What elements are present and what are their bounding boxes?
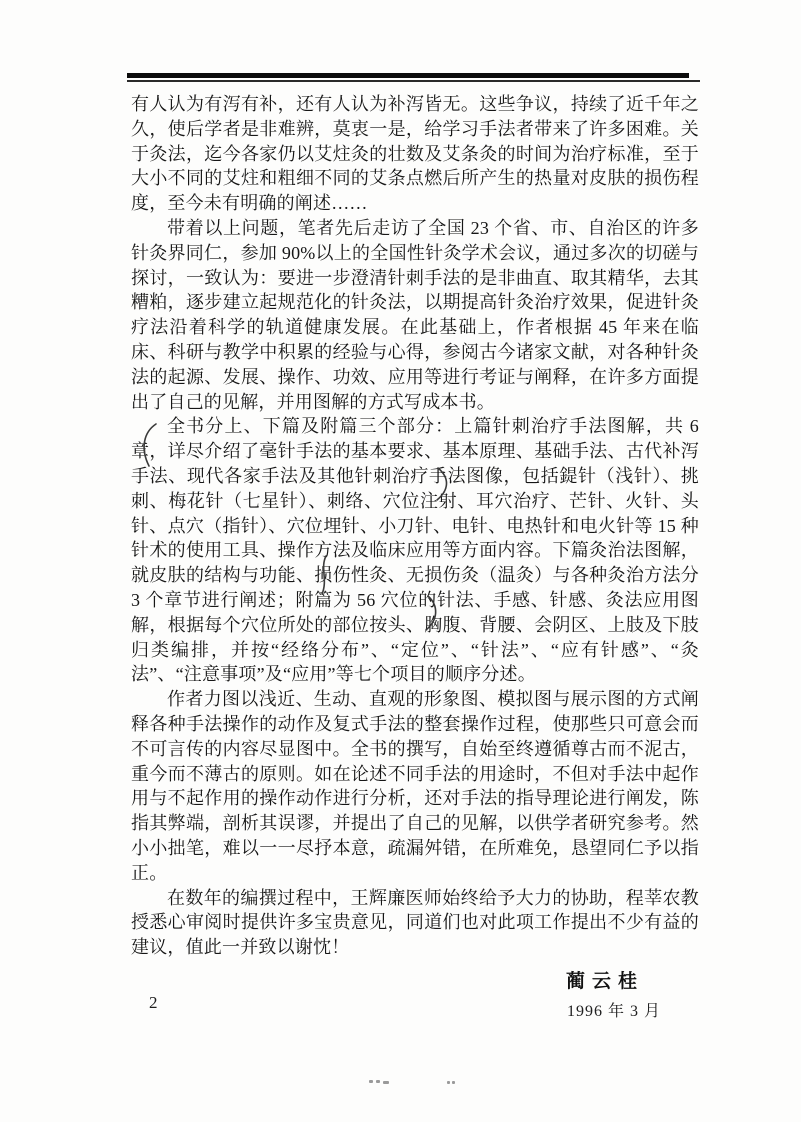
rule-thin-line xyxy=(127,80,700,82)
preface-paragraph-1: 有人认为有泻有补，还有人认为补泻皆无。这些争议，持续了近千年之久，使后学者是非难… xyxy=(131,92,699,216)
scan-speck xyxy=(376,1080,380,1083)
page-number: 2 xyxy=(149,993,158,1013)
scanned-book-page: 有人认为有泻有补，还有人认为补泻皆无。这些争议，持续了近千年之久，使后学者是非难… xyxy=(0,0,801,1122)
author-signature: 蔺云桂 xyxy=(131,970,699,995)
rule-thick-line xyxy=(127,73,689,78)
scan-speck xyxy=(452,1081,455,1084)
preface-date: 1996 年 3 月 xyxy=(131,1000,699,1025)
preface-paragraph-3: 全书分上、下篇及附篇三个部分：上篇针刺治疗手法图解，共 6 章，详尽介绍了毫针手… xyxy=(131,414,699,687)
scan-speck xyxy=(447,1081,450,1084)
preface-paragraph-5: 在数年的编撰过程中，王辉廉医师始终给予大力的协助，程莘农教授悉心审阅时提供许多宝… xyxy=(131,886,699,960)
scan-speck xyxy=(383,1081,389,1084)
scan-speck xyxy=(369,1080,373,1083)
page-top-rule xyxy=(127,73,700,82)
preface-paragraph-2: 带着以上问题，笔者先后走访了全国 23 个省、市、自治区的许多针灸界同仁，参加 … xyxy=(131,216,699,414)
preface-paragraph-4: 作者力图以浅近、生动、直观的形象图、模拟图与展示图的方式阐释各种手法操作的动作及… xyxy=(131,687,699,885)
preface-text-block: 有人认为有泻有补，还有人认为补泻皆无。这些争议，持续了近千年之久，使后学者是非难… xyxy=(131,92,699,1024)
